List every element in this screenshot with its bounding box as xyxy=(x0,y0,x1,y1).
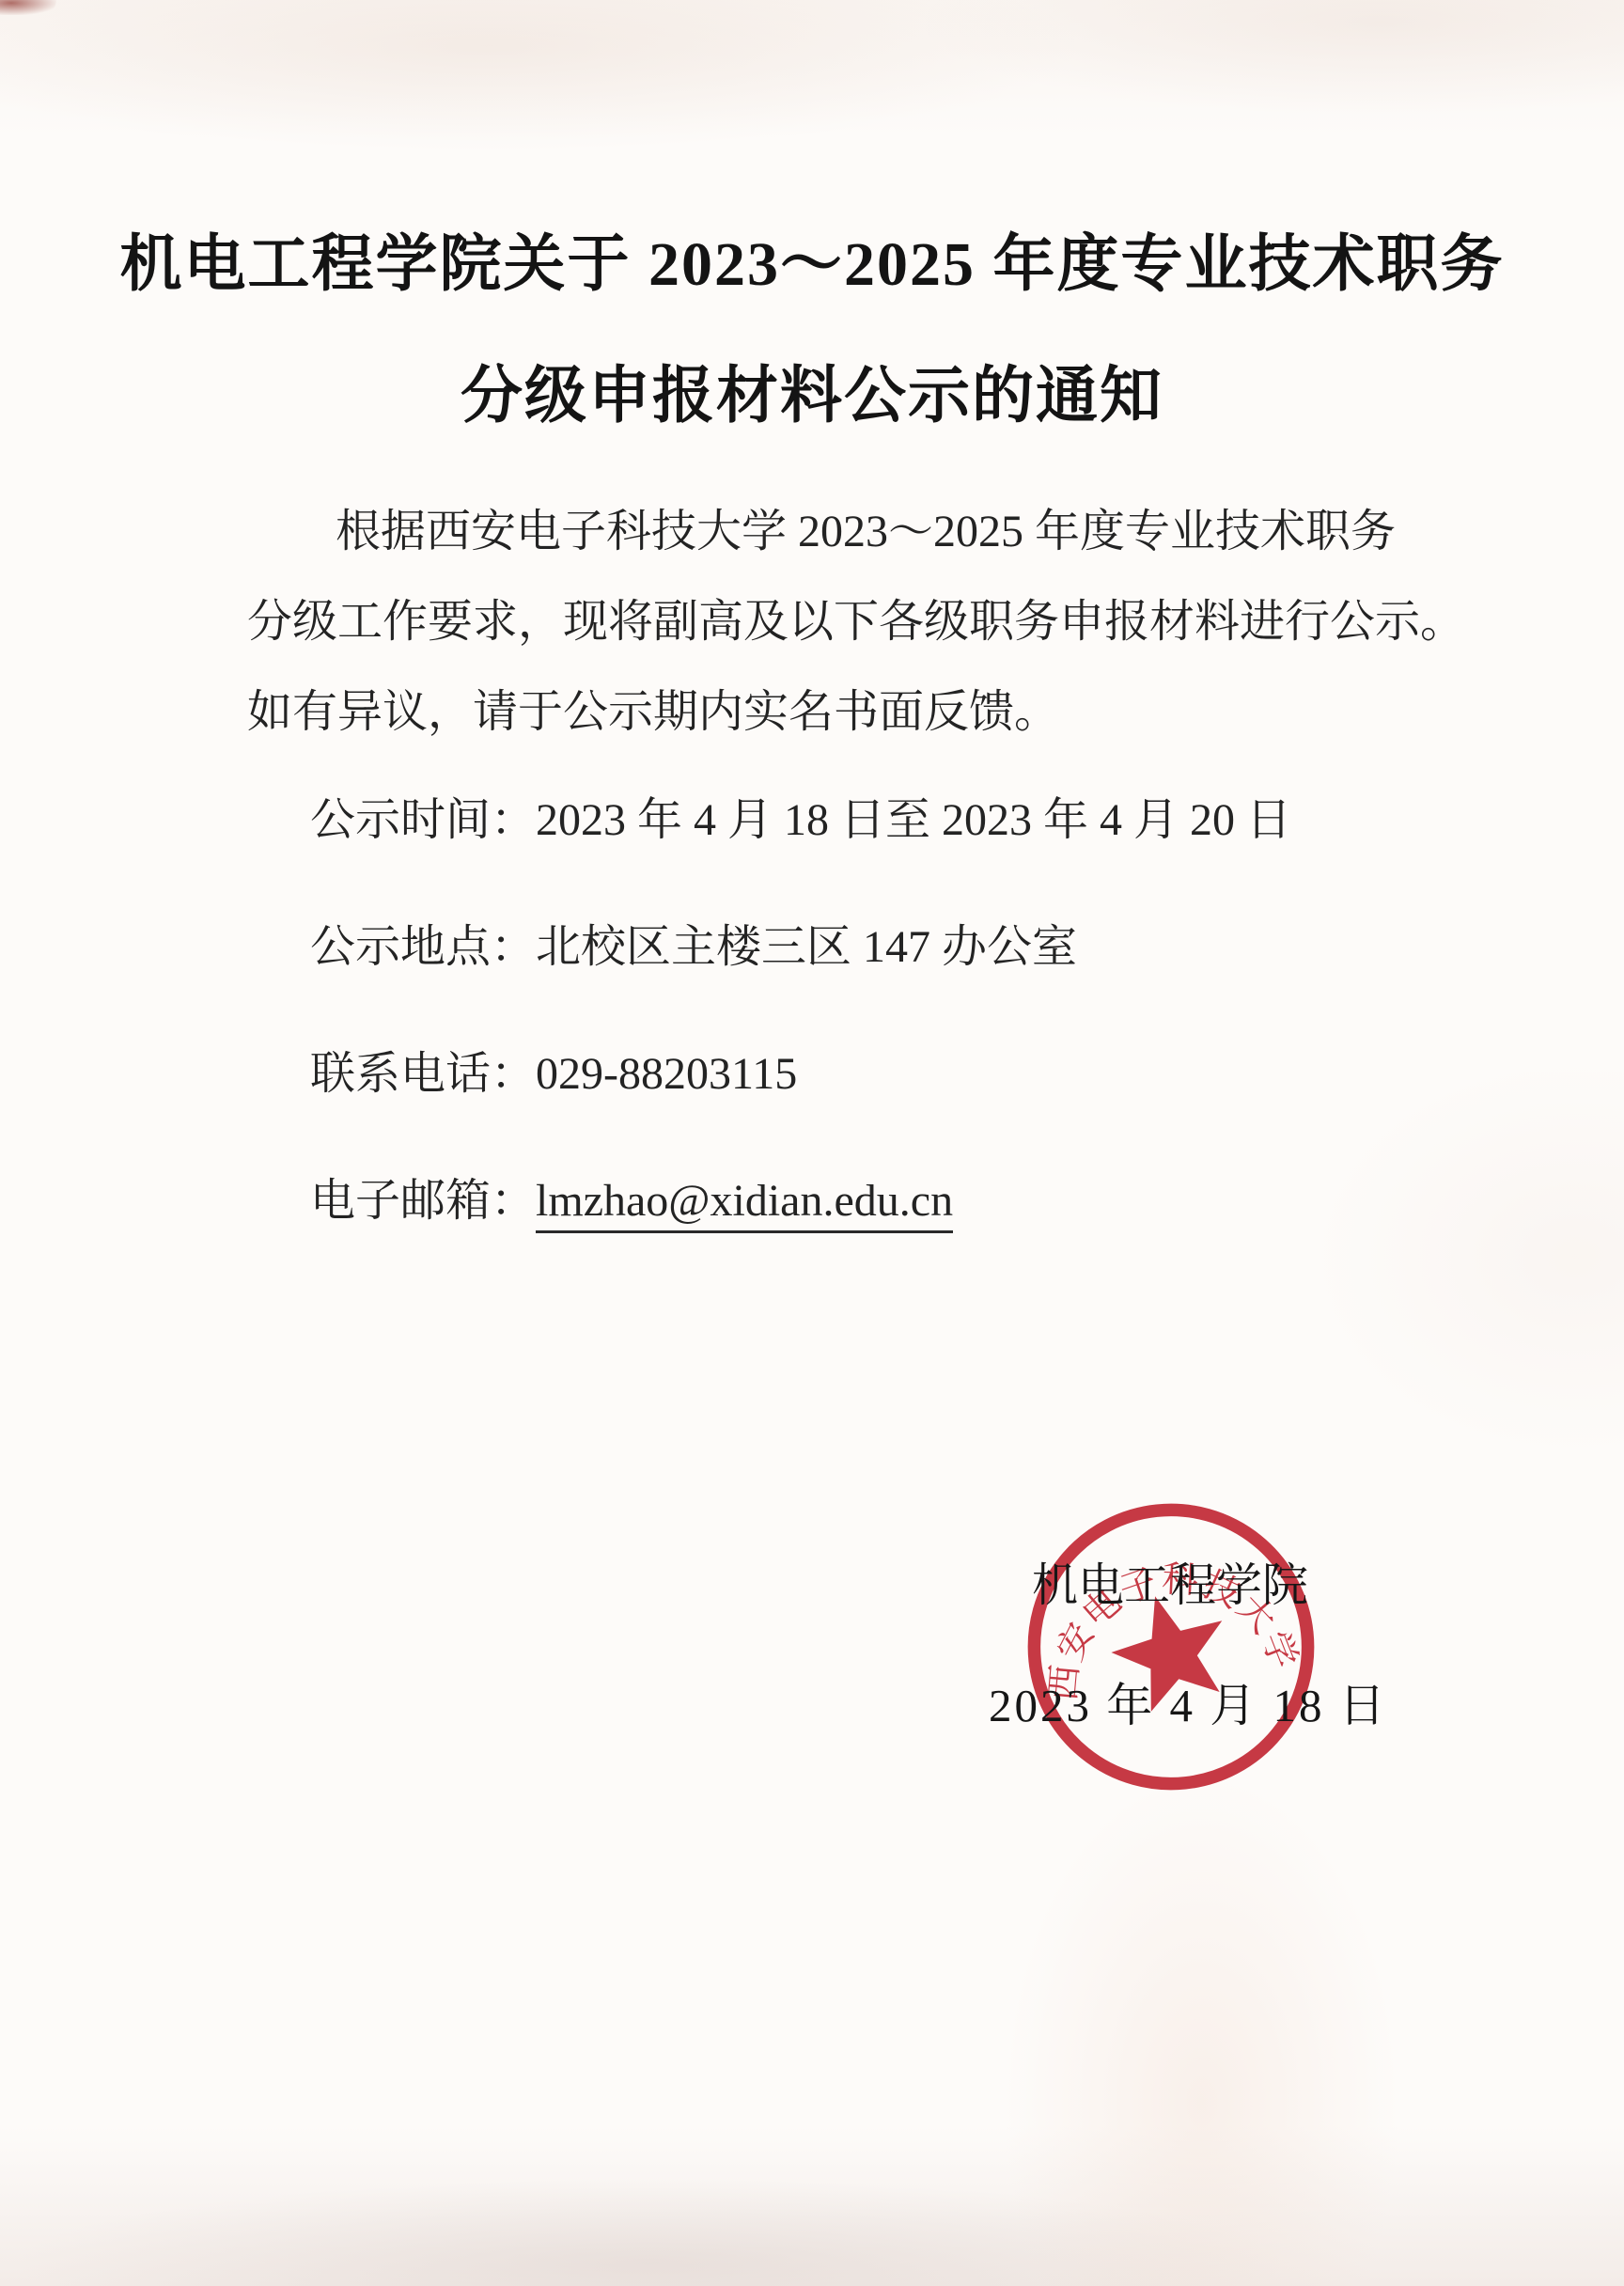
notice-page: 机电工程学院关于 2023～2025 年度专业技术职务 分级申报材料公示的通知 … xyxy=(0,0,1624,2286)
publicity-time-value: 2023 年 4 月 18 日至 2023 年 4 月 20 日 xyxy=(536,795,1291,845)
notice-body: 根据西安电子科技大学 2023～2025 年度专业技术职务 分级工作要求，现将副… xyxy=(247,487,1460,758)
publicity-place-line: 公示地点：北校区主楼三区 147 办公室 xyxy=(310,919,1485,1046)
contact-phone-value: 029-88203115 xyxy=(536,1049,797,1099)
official-seal: 西安电子科技大学机电工程学院 xyxy=(1010,1486,1333,1808)
signature-org: 机电工程学院 xyxy=(1032,1549,1308,1615)
corner-smudge xyxy=(0,0,56,15)
official-seal-graphic: 西安电子科技大学机电工程学院 xyxy=(1010,1486,1333,1808)
body-line-1: 根据西安电子科技大学 2023～2025 年度专业技术职务 xyxy=(247,487,1460,577)
notice-title: 机电工程学院关于 2023～2025 年度专业技术职务 分级申报材料公示的通知 xyxy=(0,199,1624,462)
signature-date: 2023 年 4 月 18 日 xyxy=(989,1669,1388,1735)
title-line-2: 分级申报材料公示的通知 xyxy=(0,331,1624,462)
publicity-place-value: 北校区主楼三区 147 办公室 xyxy=(536,922,1077,972)
title-line-1: 机电工程学院关于 2023～2025 年度专业技术职务 xyxy=(0,199,1624,331)
publicity-time-label: 公示时间： xyxy=(310,795,536,845)
contact-email-label: 电子邮箱： xyxy=(310,1176,536,1226)
contact-phone-line: 联系电话：029-88203115 xyxy=(310,1046,1485,1173)
contact-email-value: lmzhao@xidian.edu.cn xyxy=(536,1176,953,1233)
publicity-place-label: 公示地点： xyxy=(310,922,536,972)
publicity-time-line: 公示时间：2023 年 4 月 18 日至 2023 年 4 月 20 日 xyxy=(310,792,1485,919)
contact-email-line: 电子邮箱：lmzhao@xidian.edu.cn xyxy=(310,1173,1485,1300)
body-line-2: 分级工作要求，现将副高及以下各级职务申报材料进行公示。 xyxy=(247,577,1460,667)
notice-info-list: 公示时间：2023 年 4 月 18 日至 2023 年 4 月 20 日 公示… xyxy=(310,792,1485,1300)
contact-phone-label: 联系电话： xyxy=(310,1049,536,1099)
body-line-3: 如有异议，请于公示期内实名书面反馈。 xyxy=(247,667,1460,758)
